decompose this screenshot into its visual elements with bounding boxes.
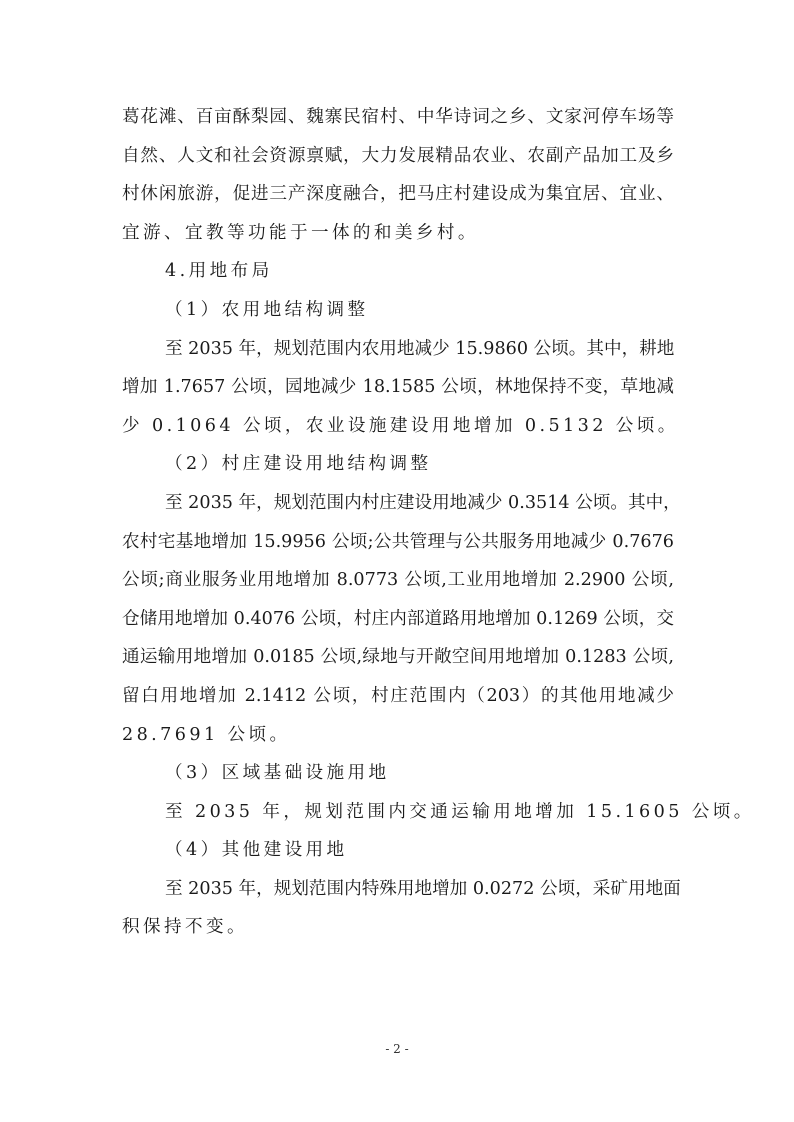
subsection-heading: （2）村庄建设用地结构调整 bbox=[122, 445, 674, 484]
paragraph-line: 葛花滩、百亩酥梨园、魏寨民宿村、中华诗词之乡、文家河停车场等 bbox=[122, 98, 674, 137]
page-number: - 2 - bbox=[0, 1042, 794, 1056]
subsection-heading: （3）区域基础设施用地 bbox=[122, 754, 674, 793]
paragraph-line: 积保持不变。 bbox=[122, 908, 674, 947]
paragraph-line: 村休闲旅游，促进三产深度融合，把马庄村建设成为集宜居、宜业、 bbox=[122, 175, 674, 214]
paragraph-line: 至 2035 年，规划范围内村庄建设用地减少 0.3514 公顷。其中， bbox=[122, 484, 674, 523]
subsection-heading: （4）其他建设用地 bbox=[122, 831, 674, 870]
section-heading: 4.用地布局 bbox=[122, 252, 674, 291]
subsection-heading: （1）农用地结构调整 bbox=[122, 291, 674, 330]
paragraph-line: 增加 1.7657 公顷，园地减少 18.1585 公顷，林地保持不变，草地减 bbox=[122, 368, 674, 407]
paragraph-line: 宜游、宜教等功能于一体的和美乡村。 bbox=[122, 214, 674, 253]
paragraph-line: 公顷;商业服务业用地增加 8.0773 公顷,工业用地增加 2.2900 公顷, bbox=[122, 561, 674, 600]
paragraph-line: 至 2035 年，规划范围内特殊用地增加 0.0272 公顷，采矿用地面 bbox=[122, 870, 674, 909]
paragraph-line: 通运输用地增加 0.0185 公顷,绿地与开敞空间用地增加 0.1283 公顷, bbox=[122, 638, 674, 677]
paragraph-line: 少 0.1064 公顷，农业设施建设用地增加 0.5132 公顷。 bbox=[122, 407, 674, 446]
paragraph-line: 留白用地增加 2.1412 公顷，村庄范围内（203）的其他用地减少 bbox=[122, 677, 674, 716]
paragraph-line: 农村宅基地增加 15.9956 公顷;公共管理与公共服务用地减少 0.7676 bbox=[122, 523, 674, 562]
paragraph-line: 至 2035 年，规划范围内农用地减少 15.9860 公顷。其中，耕地 bbox=[122, 330, 674, 369]
paragraph-line: 仓储用地增加 0.4076 公顷，村庄内部道路用地增加 0.1269 公顷，交 bbox=[122, 600, 674, 639]
document-body: 葛花滩、百亩酥梨园、魏寨民宿村、中华诗词之乡、文家河停车场等 自然、人文和社会资… bbox=[122, 98, 674, 947]
paragraph-line: 自然、人文和社会资源禀赋，大力发展精品农业、农副产品加工及乡 bbox=[122, 137, 674, 176]
paragraph-line: 28.7691 公顷。 bbox=[122, 716, 674, 755]
paragraph-line: 至 2035 年，规划范围内交通运输用地增加 15.1605 公顷。 bbox=[122, 793, 674, 832]
